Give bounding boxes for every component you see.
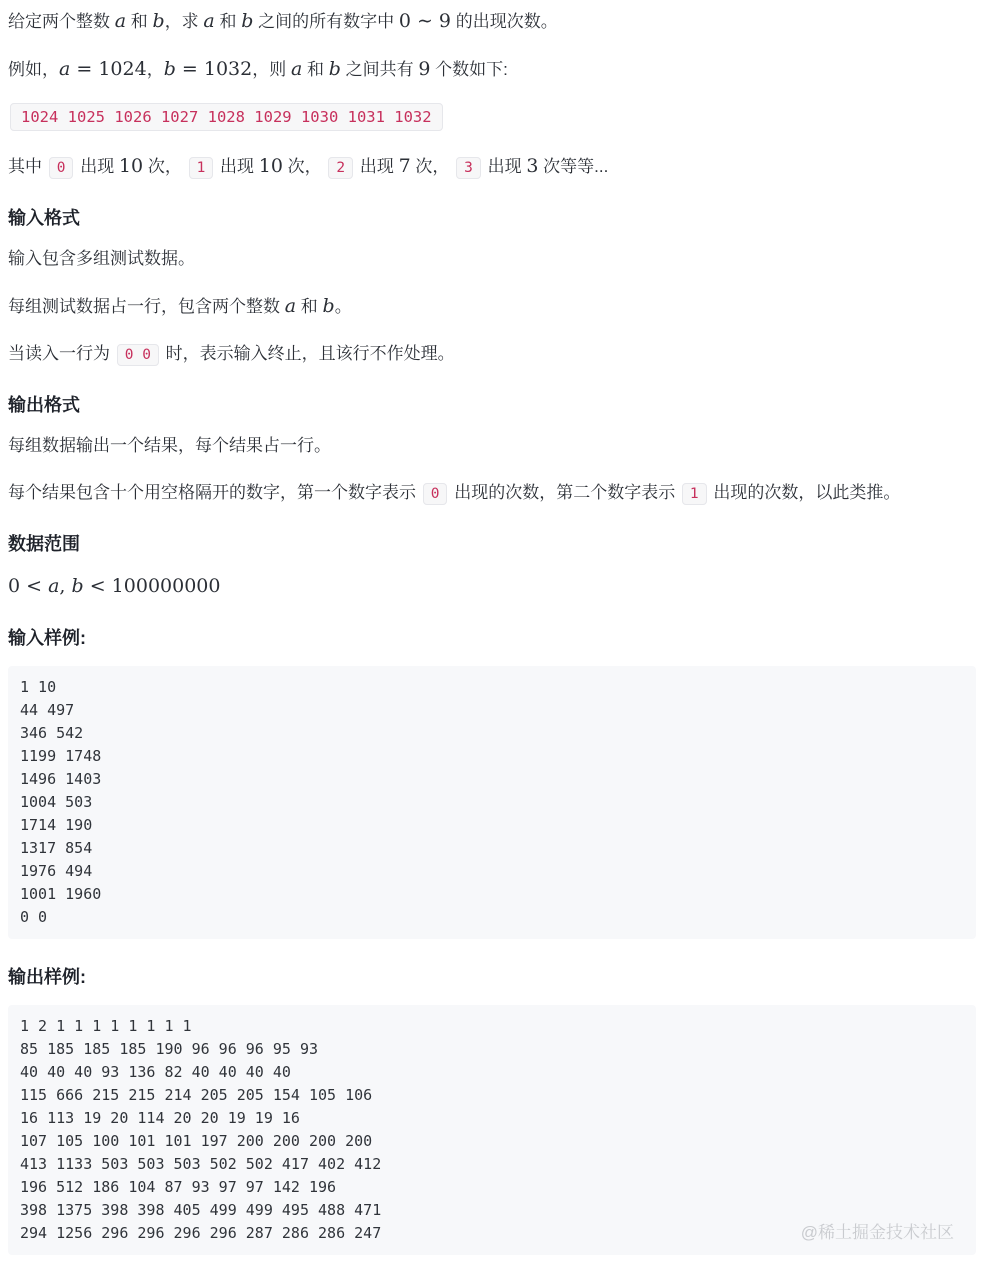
code-line: 107 105 100 101 101 197 200 200 200 200 [20,1130,964,1153]
text-run: 次等等... [538,157,608,176]
text-run: 给定两个整数 [8,12,115,31]
code-line: 44 497 [20,699,964,722]
problem-statement: 给定两个整数 a 和 b，求 a 和 b 之间的所有数字中 0 ∼ 9 的出现次… [0,0,984,1255]
code-line: 346 542 [20,722,964,745]
math-variable: a [285,295,296,317]
paragraph: 每个结果包含十个用空格隔开的数字，第一个数字表示 0 出现的次数，第二个数字表示… [8,480,976,506]
code-line: 16 113 19 20 114 20 20 19 19 16 [20,1107,964,1130]
inline-code: 1024 1025 1026 1027 1028 1029 1030 1031 … [10,103,443,131]
math-number: = 1024 [70,58,146,80]
paragraph: 给定两个整数 a 和 b，求 a 和 b 之间的所有数字中 0 ∼ 9 的出现次… [8,8,976,35]
text-run: 的出现次数。 [451,12,558,31]
math-variable: b [153,10,165,32]
code-line: 1496 1403 [20,768,964,791]
code-line: 1001 1960 [20,883,964,906]
code-line: 1714 190 [20,814,964,837]
code-line: 1 2 1 1 1 1 1 1 1 1 [20,1015,964,1038]
math-variable: b [72,575,84,597]
math-number: < 100000000 [84,575,221,597]
inline-code: 2 [328,157,353,179]
text-run: 和 [296,297,322,316]
paragraph: 当读入一行为 0 0 时，表示输入终止，且该行不作处理。 [8,341,976,367]
text-run: 出现的次数，以此类推。 [709,483,901,502]
math-number: 10 [119,155,143,177]
text-run: 每个结果包含十个用空格隔开的数字，第一个数字表示 [8,483,421,502]
text-run: 当读入一行为 [8,344,115,363]
text-run: 个数如下: [430,60,507,79]
math-number: = 1032 [176,58,252,80]
text-run: 时，表示输入终止，且该行不作处理。 [161,344,455,363]
inline-code: 0 [423,483,448,505]
math-variable: a [291,58,302,80]
paragraph: 其中 0 出现 10 次， 1 出现 10 次， 2 出现 7 次， 3 出现 … [8,153,976,180]
math-variable: a [203,10,214,32]
text-run: 每组测试数据占一行，包含两个整数 [8,297,285,316]
text-run: 和 [302,60,328,79]
code-line: 1 10 [20,676,964,699]
text-run: 出现 [215,157,258,176]
text-run: 出现 [75,157,118,176]
paragraph: 输入包含多组测试数据。 [8,246,976,272]
math-number: 9 [418,58,430,80]
text-run: 和 [215,12,241,31]
math-number: , [59,575,71,597]
text-run: 其中 [8,157,47,176]
section-heading: 输入样例: [8,626,976,650]
math-variable: a [48,575,59,597]
text-run: 例如， [8,60,59,79]
paragraph: 每组测试数据占一行，包含两个整数 a 和 b。 [8,293,976,320]
text-run: ，则 [252,60,291,79]
math-variable: b [241,10,253,32]
text-run: 次， [411,157,454,176]
paragraph: 例如，a = 1024，b = 1032，则 a 和 b 之间共有 9 个数如下… [8,56,976,83]
math-variable: a [59,58,70,80]
math-number: 10 [259,155,283,177]
section-heading: 输入格式 [8,206,976,230]
text-run: 次， [143,157,186,176]
math-number: 0 ∼ 9 [399,10,451,32]
inline-code-row: 1024 1025 1026 1027 1028 1029 1030 1031 … [8,104,976,132]
text-run: 每组数据输出一个结果，每个结果占一行。 [8,436,331,455]
code-line: 1976 494 [20,860,964,883]
inline-code: 1 [682,483,707,505]
text-run: 之间共有 [341,60,418,79]
text-run: ， [147,60,164,79]
watermark: @稀土掘金技术社区 [801,1218,954,1243]
text-run: ，求 [165,12,204,31]
section-heading: 输出格式 [8,393,976,417]
paragraph: 每组数据输出一个结果，每个结果占一行。 [8,433,976,459]
inline-code: 3 [456,157,481,179]
text-run: 出现 [355,157,398,176]
math-number: 0 < [8,575,48,597]
code-line: 196 512 186 104 87 93 97 97 142 196 [20,1176,964,1199]
math-variable: b [164,58,176,80]
inline-code: 0 [49,157,74,179]
text-run: 。 [335,297,352,316]
code-line: 1004 503 [20,791,964,814]
code-line: 0 0 [20,906,964,929]
math-variable: b [329,58,341,80]
code-line: 85 185 185 185 190 96 96 96 95 93 [20,1038,964,1061]
text-run: 出现的次数，第二个数字表示 [449,483,679,502]
math-number: 3 [526,155,538,177]
text-run: 和 [126,12,152,31]
math-number: 7 [399,155,411,177]
content: 给定两个整数 a 和 b，求 a 和 b 之间的所有数字中 0 ∼ 9 的出现次… [8,8,976,1255]
text-run: 次， [283,157,326,176]
math-variable: a [115,10,126,32]
code-line: 40 40 40 93 136 82 40 40 40 40 [20,1061,964,1084]
inline-code: 0 0 [117,344,159,366]
code-block: 1 1044 497346 5421199 17481496 14031004 … [8,666,976,939]
code-line: 115 666 215 215 214 205 205 154 105 106 [20,1084,964,1107]
code-line: 1317 854 [20,837,964,860]
math-expression: 0 < a, b < 100000000 [8,572,976,600]
section-heading: 输出样例: [8,965,976,989]
code-line: 1199 1748 [20,745,964,768]
section-heading: 数据范围 [8,532,976,556]
text-run: 输入包含多组测试数据。 [8,249,195,268]
inline-code: 1 [189,157,214,179]
code-line: 413 1133 503 503 503 502 502 417 402 412 [20,1153,964,1176]
math-variable: b [323,295,335,317]
text-run: 出现 [483,157,526,176]
text-run: 之间的所有数字中 [253,12,398,31]
